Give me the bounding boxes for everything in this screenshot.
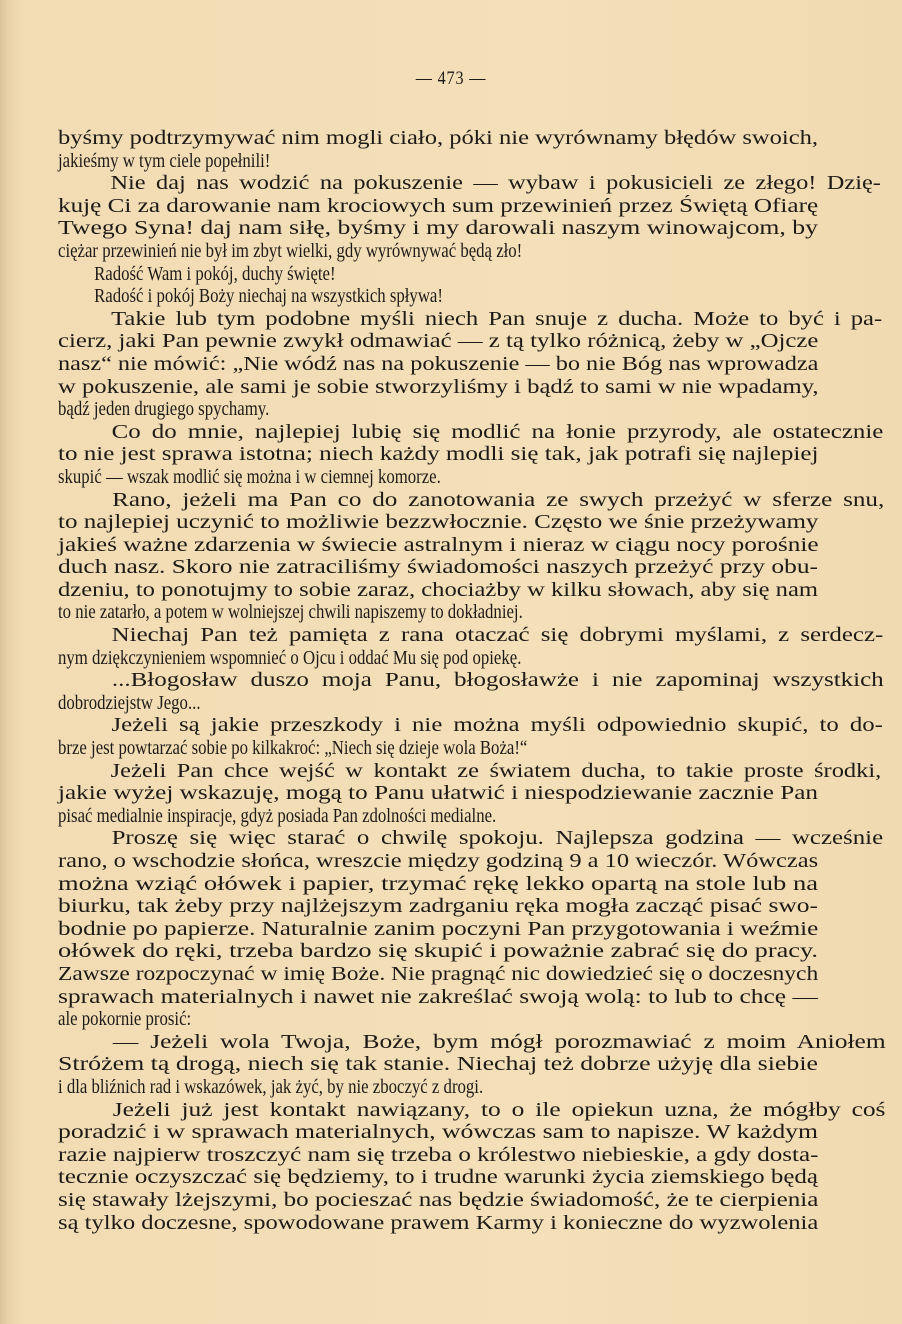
- paragraph: Nie daj nas wodzić na pokuszenie — wybaw…: [58, 173, 818, 263]
- text-line: byśmy podtrzymywać nim mogli ciało, póki…: [58, 128, 818, 151]
- text-line: Stróżem tą drogą, niech się tak stanie. …: [58, 1054, 818, 1077]
- text-line: biurku, tak żeby przy najlżejszym zadrga…: [58, 896, 818, 919]
- text-line: Proszę się więc starać o chwilę spokoju.…: [58, 828, 883, 851]
- text-line: nym dziękczynieniem wspomnieć o Ojcu i o…: [58, 648, 712, 671]
- text-line: skupić — wszak modlić się można i w ciem…: [58, 467, 712, 490]
- text-line: nasz“ nie mówić: „Nie wódź nas na pokusz…: [58, 354, 818, 377]
- text-line: poradzić i w sprawach materialnych, wówc…: [58, 1122, 818, 1145]
- text-line: ale pokornie prosić:: [58, 1009, 712, 1032]
- text-line: pisać medialnie inspiracje, gdyż posiada…: [58, 806, 712, 829]
- page-number: — 473 —: [68, 68, 835, 90]
- text-line: — Jeżeli wola Twoja, Boże, bym mógł poro…: [58, 1032, 886, 1055]
- text-line: Radość Wam i pokój, duchy święte!: [58, 264, 712, 287]
- text-line: razie najpierw troszczyć nam się trzeba …: [58, 1145, 818, 1168]
- text-line: bodnie po papierze. Naturalnie zanim poc…: [58, 919, 818, 942]
- text-line: duch nasz. Skoro nie zatraciliśmy świado…: [58, 557, 818, 580]
- text-line: to najlepiej uczynić to możliwie bezzwło…: [58, 512, 818, 535]
- text-line: można wziąć ołówek i papier, trzymać ręk…: [58, 874, 818, 897]
- text-line: Nie daj nas wodzić na pokuszenie — wybaw…: [58, 173, 881, 196]
- text-line: cierz, jaki Pan pewnie zwykł odmawiać — …: [58, 331, 818, 354]
- paragraph: Proszę się więc starać o chwilę spokoju.…: [58, 828, 818, 1031]
- text-line: ołówek do ręki, trzeba bardzo się skupić…: [58, 941, 818, 964]
- paragraph: Jeżeli są jakie przeszkody i nie można m…: [58, 715, 818, 760]
- text-line: ciężar przewinień nie był im zbyt wielki…: [58, 241, 712, 264]
- text-line: jakieś ważne zdarzenia w świecie astraln…: [58, 535, 818, 558]
- text-line: się stawały lżejszymi, bo pocieszać nas …: [58, 1190, 818, 1213]
- paragraph: Rano, jeżeli ma Pan co do zanotowania ze…: [58, 490, 818, 626]
- paragraph: Jeżeli Pan chce wejść w kontakt ze świat…: [58, 761, 818, 829]
- text-line: Jeżeli już jest kontakt nawiązany, to o …: [58, 1100, 885, 1123]
- text-line: to nie zatarło, a potem w wolniejszej ch…: [58, 602, 712, 625]
- text-line: jakieśmy w tym ciele popełnili!: [58, 151, 712, 174]
- text-line: tecznie oczyszczać się będziemy, to i tr…: [58, 1167, 818, 1190]
- text-line: jakie wyżej wskazuję, mogą to Panu ułatw…: [58, 783, 818, 806]
- text-line: Niechaj Pan też pamięta z rana otaczać s…: [58, 625, 883, 648]
- text-line: brze jest powtarzać sobie po kilkakroć: …: [58, 738, 712, 761]
- text-line: w pokuszenie, ale sami je sobie stworzyl…: [58, 377, 818, 400]
- text-line: są tylko doczesne, spowodowane prawem Ka…: [58, 1213, 818, 1236]
- text-line: i dla bliźnich rad i wskazówek, jak żyć,…: [58, 1077, 712, 1100]
- paragraph: Jeżeli już jest kontakt nawiązany, to o …: [58, 1100, 818, 1236]
- paragraph: Niechaj Pan też pamięta z rana otaczać s…: [58, 625, 818, 670]
- paragraph: ...Błogosław duszo moja Panu, błogosławż…: [58, 670, 818, 715]
- paragraph: Radość Wam i pokój, duchy święte!: [58, 264, 818, 287]
- text-line: Jeżeli są jakie przeszkody i nie można m…: [58, 715, 883, 738]
- text-line: Jeżeli Pan chce wejść w kontakt ze świat…: [58, 761, 881, 784]
- paragraph: — Jeżeli wola Twoja, Boże, bym mógł poro…: [58, 1032, 818, 1100]
- text-line: Rano, jeżeli ma Pan co do zanotowania ze…: [58, 490, 884, 513]
- text-line: Co do mnie, najlepiej lubię się modlić n…: [58, 422, 883, 445]
- text-line: bądź jeden drugiego spychamy.: [58, 399, 712, 422]
- text-line: Radość i pokój Boży niechaj na wszystkic…: [58, 286, 712, 309]
- text-line: to nie jest sprawa istotna; niech każdy …: [58, 444, 818, 467]
- text-line: ...Błogosław duszo moja Panu, błogosławż…: [58, 670, 884, 693]
- text-line: rano, o wschodzie słońca, wreszcie międz…: [58, 851, 818, 874]
- text-line: dzeniu, to ponotujmy to sobie zaraz, cho…: [58, 580, 818, 603]
- text-line: Zawsze rozpoczynać w imię Boże. Nie prag…: [58, 964, 818, 987]
- paragraph: Radość i pokój Boży niechaj na wszystkic…: [58, 286, 818, 309]
- text-line: Twego Syna! daj nam siłę, byśmy i my dar…: [58, 218, 818, 241]
- paragraph: Co do mnie, najlepiej lubię się modlić n…: [58, 422, 818, 490]
- text-line: kuję Ci za darowanie nam krociowych sum …: [58, 196, 818, 219]
- text-line: dobrodziejstw Jego...: [58, 693, 712, 716]
- paragraph: byśmy podtrzymywać nim mogli ciało, póki…: [58, 128, 818, 173]
- text-line: sprawach materialnych i nawet nie zakreś…: [58, 987, 818, 1010]
- book-page: — 473 — byśmy podtrzymywać nim mogli cia…: [0, 0, 902, 1324]
- paragraph: Takie lub tym podobne myśli niech Pan sn…: [58, 309, 818, 422]
- body-text: byśmy podtrzymywać nim mogli ciało, póki…: [58, 128, 818, 1235]
- text-line: Takie lub tym podobne myśli niech Pan sn…: [58, 309, 882, 332]
